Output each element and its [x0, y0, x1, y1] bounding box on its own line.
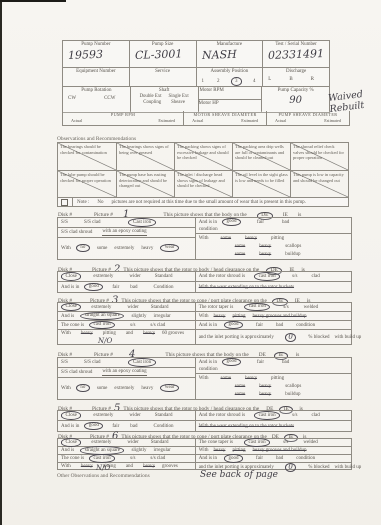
observation-item: The lube pump should be checked for prop… — [58, 170, 116, 197]
form-token: bad — [276, 456, 283, 461]
pump-rotation-label: Pump Rotation — [65, 88, 128, 94]
shaft-coupling-options: CouplingSheave — [133, 101, 196, 106]
form-token: good — [84, 283, 103, 292]
form-token: S/S clad — [84, 360, 101, 365]
form-row: The cone iscast irons/ss/s clad — [58, 321, 195, 330]
form-token: and the inlet porting is approximately — [199, 335, 274, 340]
form-token: buildup — [285, 252, 300, 257]
form-token: R — [311, 77, 314, 82]
form-token: scallops — [285, 244, 301, 249]
form-token: heavy grooves and buildup — [253, 448, 307, 453]
form-token: % blocked — [308, 465, 329, 470]
observation-item: The shroud relief check valves should be… — [290, 143, 348, 170]
form-token: Cast iron — [128, 358, 155, 367]
form-row: And is ingoodfairbadcondition — [196, 455, 351, 463]
observation-item: The packing shows signs of excessive lea… — [174, 143, 232, 170]
form-token: s/s — [130, 323, 135, 328]
pump-number-value: 19593 — [65, 48, 127, 61]
form-token: Standard — [155, 413, 173, 418]
form-token: good — [222, 358, 241, 367]
form-token: fair — [112, 285, 119, 290]
section-4-left: S/SS/S cladCast iron S/S clad shroudwith… — [58, 358, 196, 399]
scan-edge-left — [0, 0, 2, 525]
form-row: someheavybuildup — [196, 250, 351, 258]
form-token: no — [76, 244, 90, 253]
form-token: CCW — [104, 96, 115, 101]
form-token: s/s — [292, 413, 297, 418]
form-token: heavy grooves and buildup — [253, 314, 307, 319]
pump-info-row-3: Pump Rotation CWCCW Shaft Double ExtSing… — [63, 86, 329, 112]
scanned-pump-inspection-form: Pump Number 19593 Pump Size CL-3001 Manu… — [0, 0, 381, 525]
note-checkbox — [61, 199, 68, 206]
pump-rotation-options: CWCCW — [65, 96, 128, 101]
form-token: and — [126, 464, 133, 469]
motor-hp-label: Motor HP — [199, 100, 262, 106]
serial-number-cell: Test / Serial Number 02331491 — [262, 41, 329, 67]
pump-rpm-estimated-label: Estimated — [158, 118, 175, 123]
form-token: 3 — [231, 77, 243, 86]
form-token: With — [61, 246, 71, 251]
manufacture-value: NASH — [198, 48, 260, 61]
form-token: CW — [68, 96, 76, 101]
form-token: bad — [276, 323, 283, 328]
observation-item: The bearings should be checked for conta… — [58, 143, 116, 170]
form-token: scallops — [285, 384, 301, 389]
section-1-box: S/SS/S cladCast iron S/S clad shroudwith… — [57, 217, 352, 260]
form-token: grooves — [162, 464, 178, 469]
form-token: wider — [127, 440, 138, 445]
form-token: wider — [129, 413, 140, 418]
motor-sheave-estimated-label: Estimated — [241, 118, 258, 123]
form-token: Condition — [154, 424, 174, 429]
form-token: with an epoxy coating — [102, 369, 146, 376]
manufacture-cell: Manufacture NASH — [196, 41, 263, 67]
form-token: And is — [61, 314, 74, 319]
form-row: CloseextremelywiderStandard — [58, 272, 195, 282]
form-token: good — [222, 218, 241, 227]
form-token: clad — [311, 274, 319, 279]
form-token: s/s — [283, 305, 288, 310]
discharge-cell: Discharge LBR — [262, 68, 329, 86]
form-token: Close — [61, 303, 81, 312]
form-token: clad — [311, 413, 319, 418]
form-row: And is ingoodfairbad — [196, 218, 351, 226]
pump-sheave-estimated-label: Estimated — [324, 118, 341, 123]
form-token: And is in — [199, 220, 217, 225]
form-token: 0 — [285, 333, 296, 342]
form-row: and the inlet porting is approximately0%… — [196, 330, 351, 344]
form-token: With — [61, 386, 71, 391]
form-token: irregular — [154, 448, 171, 453]
form-token: bad — [130, 285, 137, 290]
form-token: And is in — [61, 285, 79, 290]
section-3-left: CloseextremelywiderStandard And isstraig… — [58, 303, 196, 344]
form-token: with build up — [335, 465, 362, 470]
assembly-position-label: Assembly Position — [199, 69, 261, 75]
form-row: Withheavypittingandheavygrooves — [58, 463, 195, 471]
form-token: With — [199, 236, 209, 241]
form-token: 0 — [285, 463, 296, 472]
form-token: some — [235, 252, 246, 257]
form-token: cast iron — [244, 303, 270, 312]
form-token: s/s clad — [150, 456, 165, 461]
form-token: heavy — [259, 252, 271, 257]
form-token: Close — [61, 411, 81, 420]
form-token: welded — [304, 305, 318, 310]
form-row: And is ingoodfairbadCondition — [58, 421, 195, 431]
note-text: Note :Nopictures are not required at thi… — [77, 200, 306, 205]
pump-info-table: Pump Number 19593 Pump Size CL-3001 Manu… — [62, 40, 330, 113]
form-token: cast iron — [244, 438, 270, 447]
discharge-options: LBR — [265, 77, 327, 82]
footer-label: Other Observations and Recommendations — [57, 473, 150, 479]
observation-item: The oil level in the sight glass is low … — [232, 170, 290, 197]
equipment-number-label: Equipment Number — [65, 69, 127, 75]
section-4-right: And is ingoodfairbad condition Withsomeh… — [196, 358, 351, 399]
form-token: some — [221, 376, 232, 381]
form-token: Close — [61, 438, 81, 447]
footer-handwritten-note: See back of page — [200, 470, 278, 480]
handwritten-annotation: N/O — [96, 464, 110, 472]
form-token: pitting — [271, 376, 284, 381]
pump-sheave-actual-label: Actual — [275, 118, 286, 123]
form-token: And the rotor shroud is — [199, 413, 245, 418]
assembly-position-cell: Assembly Position 1234 — [196, 68, 263, 86]
pump-capacity-label: Pump Capacity % — [264, 88, 327, 94]
pump-rotation-cell: Pump Rotation CWCCW — [63, 87, 130, 112]
form-token: Sheave — [171, 101, 185, 106]
form-token: heavy — [245, 236, 257, 241]
form-row: someheavyscallops — [196, 242, 351, 250]
form-row: And is ingoodfairbadcondition — [196, 321, 351, 330]
form-token: % blocked — [308, 335, 329, 340]
form-token: bad — [282, 220, 289, 225]
form-token: bad — [130, 424, 137, 429]
form-row: The cone iscast irons/ss/s clad — [58, 455, 195, 463]
form-token: heavy — [141, 246, 153, 251]
pump-size-cell: Pump Size CL-3001 — [129, 41, 196, 67]
form-token: some — [235, 244, 246, 249]
form-token: S/S — [61, 360, 68, 365]
form-token: heavy — [259, 384, 271, 389]
form-token: good — [224, 321, 243, 330]
form-token: irregular — [154, 314, 171, 319]
form-token: some — [97, 386, 108, 391]
form-token: straight an square — [80, 312, 124, 321]
form-token: extremely — [93, 413, 113, 418]
form-token: heavy — [245, 376, 257, 381]
form-token: cast iron — [254, 272, 280, 281]
form-token: extremely — [91, 440, 111, 445]
form-token: The cone is — [61, 456, 84, 461]
form-row: Withnosomeextremelyheavywear — [58, 238, 195, 258]
form-token: 60 grooves — [162, 331, 184, 336]
form-token: extremely — [91, 305, 111, 310]
form-row: The cone taper iscast irons/swelded — [196, 439, 351, 447]
form-token: some — [235, 384, 246, 389]
form-token: extremely — [114, 246, 134, 251]
form-token: fair — [112, 424, 119, 429]
section-5-left: CloseextremelywiderStandard And is ingoo… — [58, 411, 196, 431]
sheave-diameter-row: PUMP RPM Actual Estimated MOTOR SHEAVE D… — [62, 111, 350, 126]
form-token: fair — [257, 220, 264, 225]
form-token: S/S clad — [84, 220, 101, 225]
service-label: Service — [132, 69, 194, 75]
form-token: s/s — [292, 274, 297, 279]
pump-capacity-cell: Pump Capacity % 90 — [261, 87, 329, 112]
section-5-box: CloseextremelywiderStandard And is ingoo… — [57, 410, 352, 432]
form-token: pitting — [232, 448, 245, 453]
form-token: fair — [257, 360, 264, 365]
form-token: With the wear extending on to the rotor … — [199, 424, 294, 429]
form-row: S/S clad shroudwith an epoxy coating — [58, 228, 195, 238]
form-token: No — [97, 200, 103, 205]
observation-item: The pump base has rusting deterioration … — [116, 170, 174, 197]
form-token: no — [76, 384, 90, 393]
section-6-right: The cone taper iscast irons/swelded With… — [196, 439, 351, 469]
form-token: And is in — [61, 424, 79, 429]
form-token: The cone taper is — [199, 440, 233, 445]
scan-edge-top — [0, 0, 66, 2]
pump-info-row-1: Pump Number 19593 Pump Size CL-3001 Manu… — [63, 41, 329, 67]
form-row: S/S clad shroudwith an epoxy coating — [58, 368, 195, 378]
handwritten-annotation: N/O — [98, 337, 112, 345]
form-row: condition — [196, 366, 351, 374]
form-token: S/S clad shroud — [61, 230, 92, 235]
pump-capacity-value: 90 — [264, 95, 327, 106]
form-token: pictures are not required at this time d… — [111, 200, 305, 205]
form-token: Standard — [151, 440, 169, 445]
form-token: B — [289, 77, 292, 82]
form-token: Standard — [151, 305, 169, 310]
form-token: slightly — [131, 314, 146, 319]
form-token: And is in — [199, 323, 217, 328]
form-row: With the wear extending on to the rotor … — [196, 282, 351, 292]
form-token: fair — [256, 456, 263, 461]
form-token: With the wear extending on to the rotor … — [199, 285, 294, 290]
motor-sheave-actual-label: Actual — [192, 118, 203, 123]
form-token: heavy — [259, 244, 271, 249]
service-cell: Service — [129, 68, 196, 86]
form-token: heavy — [214, 314, 226, 319]
form-token: pitting — [103, 331, 116, 336]
form-row: S/SS/S cladCast iron — [58, 358, 195, 368]
form-row: And the rotor shroud iscast irons/sclad — [196, 411, 351, 421]
form-token: wear — [160, 384, 179, 393]
section-2-right: And the rotor shroud iscast irons/sclad … — [196, 272, 351, 292]
form-token: heavy — [214, 448, 226, 453]
form-token: extremely — [114, 386, 134, 391]
form-token: cast iron — [89, 321, 115, 330]
form-row: And is ingoodfairbadCondition — [58, 282, 195, 292]
note-divider — [72, 198, 73, 206]
pump-rpm-cell: PUMP RPM Actual Estimated — [63, 111, 183, 125]
form-token: condition — [199, 367, 218, 372]
form-token: And is in — [199, 360, 217, 365]
form-row: And is ingoodfairbad — [196, 358, 351, 366]
form-row: CloseextremelywiderStandard — [58, 411, 195, 421]
form-row: S/SS/S cladCast iron — [58, 218, 195, 228]
form-token: good — [84, 422, 103, 431]
section-3-right: The rotor taper iscast irons/swelded Wit… — [196, 303, 351, 344]
form-token: Condition — [154, 285, 174, 290]
form-token: heavy — [81, 464, 93, 469]
form-token: The cone is — [61, 323, 84, 328]
form-token: bad — [282, 360, 289, 365]
section-2-box: CloseextremelywiderStandard And is ingoo… — [57, 271, 352, 293]
form-token: heavy — [81, 331, 93, 336]
motor-sheave-label: MOTOR SHEAVE DIAMETER — [186, 112, 264, 117]
form-token: S/S clad shroud — [61, 370, 92, 375]
section-1-right: And is ingoodfairbad condition Withsomeh… — [196, 218, 351, 259]
form-token: with build up — [335, 335, 362, 340]
form-row: And isstraight an squareslightlyirregula… — [58, 447, 195, 455]
form-token: And is in — [199, 456, 217, 461]
form-row: Withheavypittingheavy grooves and buildu… — [196, 447, 351, 455]
form-token: pitting — [232, 314, 245, 319]
observation-item: This pump is low in capacity and should … — [290, 170, 348, 197]
shaft-cell: Shaft Double ExtSingle Ext CouplingSheav… — [130, 87, 198, 112]
form-token: wider — [129, 274, 140, 279]
form-token: S/S — [61, 220, 68, 225]
form-token: Note : — [77, 200, 89, 205]
form-token: With — [61, 331, 71, 336]
assembly-position-options: 1234 — [199, 77, 261, 86]
observation-item: The bearings shows signs of being over g… — [116, 143, 174, 170]
form-token: 2 — [217, 79, 220, 84]
form-row: CloseextremelywiderStandard — [58, 303, 195, 312]
form-token: And is — [61, 448, 74, 453]
form-row: Withheavypittingheavy grooves and buildu… — [196, 312, 351, 321]
motor-rpm-label: Motor RPM — [199, 87, 262, 100]
form-token: L — [268, 77, 271, 82]
form-token: Coupling — [143, 101, 161, 106]
form-token: fair — [256, 323, 263, 328]
pump-number-cell: Pump Number 19593 — [63, 41, 129, 67]
form-row: And the rotor shroud iscast irons/sclad — [196, 272, 351, 282]
form-token: With — [199, 376, 209, 381]
form-token: with an epoxy coating — [102, 229, 146, 236]
form-token: and the inlet porting is approximately — [199, 465, 274, 470]
form-token: some — [97, 246, 108, 251]
form-token: pitting — [271, 236, 284, 241]
form-token: slightly — [131, 448, 146, 453]
form-token: With — [61, 464, 71, 469]
form-row: And isstraight an squareslightlyirregula… — [58, 312, 195, 321]
motor-sheave-cell: MOTOR SHEAVE DIAMETER Actual Estimated — [183, 111, 266, 125]
observations-table: The bearings should be checked for conta… — [57, 142, 349, 198]
form-token: wear — [160, 244, 179, 253]
section-6-left: CloseextremelywiderStandard And isstraig… — [58, 439, 196, 469]
form-token: 4 — [253, 79, 256, 84]
motor-cell: Motor RPM Motor HP — [198, 87, 262, 112]
form-token: welded — [303, 440, 317, 445]
section-2-left: CloseextremelywiderStandard And is ingoo… — [58, 272, 196, 292]
section-5-right: And the rotor shroud iscast irons/sclad … — [196, 411, 351, 431]
form-token: s/s — [283, 440, 288, 445]
form-row: CloseextremelywiderStandard — [58, 439, 195, 447]
form-token: heavy — [259, 392, 271, 397]
form-token: condition — [296, 456, 315, 461]
form-token: some — [221, 236, 232, 241]
form-token: With — [199, 314, 209, 319]
form-row: someheavyscallops — [196, 382, 351, 390]
section-1-left: S/SS/S cladCast iron S/S clad shroudwith… — [58, 218, 196, 259]
form-token: and — [126, 331, 133, 336]
form-token: cast iron — [254, 411, 280, 420]
form-token: cast iron — [89, 454, 115, 463]
form-token: heavy — [143, 464, 155, 469]
discharge-label: Discharge — [265, 69, 327, 75]
form-row: The rotor taper iscast irons/swelded — [196, 303, 351, 312]
observation-item: The packing area drip wells are full of … — [232, 143, 290, 170]
section-4-box: S/SS/S cladCast iron S/S clad shroudwith… — [57, 357, 352, 400]
margin-handwritten-note: Waived Rebuilt — [328, 90, 365, 116]
serial-number-value: 02331491 — [265, 48, 327, 61]
pictures-note-bar: Note :Nopictures are not required at thi… — [57, 197, 349, 207]
form-token: extremely — [93, 274, 113, 279]
form-row: Withnosomeextremelyheavywear — [58, 378, 195, 398]
form-token: 1 — [202, 79, 205, 84]
form-row: someheavybuildup — [196, 390, 351, 398]
form-token: condition — [199, 227, 218, 232]
form-row: With the wear extending on to the rotor … — [196, 421, 351, 431]
form-token: Cast iron — [128, 218, 155, 227]
observation-item: The inlet / discharge head shows signs o… — [174, 170, 232, 197]
form-row: Withsomeheavypitting — [196, 234, 351, 242]
shaft-ext-options: Double ExtSingle Ext — [133, 95, 196, 100]
form-token: The rotor taper is — [199, 305, 234, 310]
form-token: s/s clad — [150, 323, 165, 328]
pump-size-value: CL-3001 — [132, 48, 194, 61]
form-token: With — [199, 448, 209, 453]
form-token: some — [235, 392, 246, 397]
equipment-number-cell: Equipment Number — [63, 68, 129, 86]
form-token: Standard — [155, 274, 173, 279]
form-token: Close — [61, 272, 81, 281]
form-token: heavy — [143, 331, 155, 336]
form-token: wider — [127, 305, 138, 310]
form-token: s/s — [130, 456, 135, 461]
pump-rpm-actual-label: Actual — [71, 118, 82, 123]
form-token: good — [224, 454, 243, 463]
form-token: heavy — [141, 386, 153, 391]
form-row: condition — [196, 226, 351, 234]
form-token: buildup — [285, 392, 300, 397]
form-row: Withsomeheavypitting — [196, 374, 351, 382]
form-token: And the rotor shroud is — [199, 274, 245, 279]
form-row: Withheavypittingandheavy60 grooves — [58, 330, 195, 344]
pump-info-row-2: Equipment Number Service Assembly Positi… — [63, 67, 329, 86]
form-token: condition — [296, 323, 315, 328]
